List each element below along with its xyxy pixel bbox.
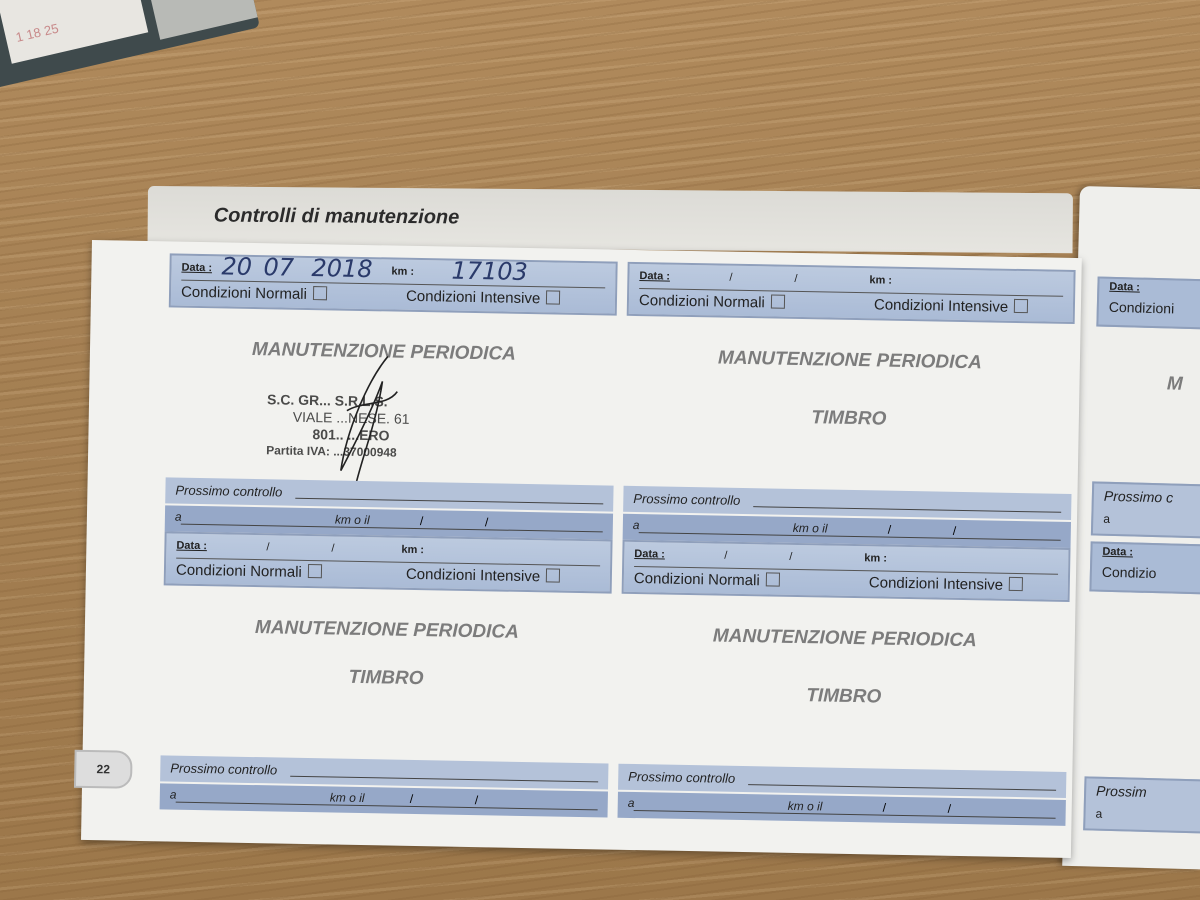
checkbox-icon xyxy=(1014,299,1028,313)
date-year-value: 2018 xyxy=(311,254,373,283)
next-check-band: Prossimo controllo a km o il / / xyxy=(160,755,609,819)
calendar-cover xyxy=(135,0,257,40)
checkbox-icon xyxy=(308,564,322,578)
condizioni-normali-checkbox[interactable]: Condizioni Normali xyxy=(176,562,322,582)
checkbox-icon xyxy=(766,572,780,586)
next-check-field[interactable] xyxy=(295,498,603,505)
maintenance-entry-2: Data : / / km : Condizioni Normali Condi… xyxy=(623,262,1076,550)
entry-header-band: Data : / / km : Condizioni Normali Condi… xyxy=(622,540,1071,602)
next-page-band-top: Data : Condizioni xyxy=(1096,276,1200,330)
condizioni-intensive-checkbox[interactable]: Condizioni Intensive xyxy=(406,288,561,308)
condizioni-intensive-checkbox[interactable]: Condizioni Intensive xyxy=(869,574,1024,594)
next-check-km-date-field[interactable] xyxy=(634,810,1056,819)
checkbox-icon xyxy=(546,290,560,304)
entry-header-band: Data : 20 07 2018 km : 17103 Condizioni … xyxy=(169,253,618,315)
maintenance-entry-4: Data : / / km : Condizioni Normali Condi… xyxy=(617,540,1070,828)
next-page-band-prossimo-2: Prossim a xyxy=(1083,776,1200,834)
stamp-area: MANUTENZIONE PERIODICA TIMBRO xyxy=(624,316,1075,494)
condizioni-intensive-checkbox[interactable]: Condizioni Intensive xyxy=(406,566,561,586)
maintenance-entry-3: Data : / / km : Condizioni Normali Condi… xyxy=(160,531,613,819)
condizioni-intensive-checkbox[interactable]: Condizioni Intensive xyxy=(874,296,1029,316)
checkbox-icon xyxy=(1009,577,1023,591)
next-check-km-date-field[interactable] xyxy=(639,532,1061,541)
next-page-band-prossimo: Prossimo c a xyxy=(1091,481,1200,539)
next-page: Data : Condizioni M Prossimo c a Data : … xyxy=(1062,186,1200,869)
page-title: Controlli di manutenzione xyxy=(214,205,460,230)
km-value: 17103 xyxy=(451,257,528,286)
condizioni-normali-checkbox[interactable]: Condizioni Normali xyxy=(639,292,785,312)
checkbox-icon xyxy=(771,294,785,308)
maintenance-page: 22 Data : 20 07 2018 km : 17103 Condizio… xyxy=(81,240,1082,858)
maintenance-entry-1: Data : 20 07 2018 km : 17103 Condizioni … xyxy=(165,253,618,541)
date-month-value: 07 xyxy=(263,253,294,282)
next-check-field[interactable] xyxy=(290,776,598,783)
checkbox-icon xyxy=(313,286,327,300)
next-check-field[interactable] xyxy=(753,506,1061,513)
next-check-field[interactable] xyxy=(748,784,1056,791)
stamp-area: MANUTENZIONE PERIODICA TIMBRO xyxy=(161,585,612,763)
next-check-km-date-field[interactable] xyxy=(176,802,598,811)
condizioni-normali-checkbox[interactable]: Condizioni Normali xyxy=(634,570,780,590)
next-check-band: Prossimo controllo a km o il / / xyxy=(617,764,1066,828)
next-check-km-date-field[interactable] xyxy=(181,524,603,533)
stamp-area: MANUTENZIONE PERIODICA TIMBRO xyxy=(618,594,1069,772)
date-day-value: 20 xyxy=(221,252,252,281)
background-calendar: 1 18 25 xyxy=(0,0,260,90)
checkbox-icon xyxy=(546,568,560,582)
condizioni-normali-checkbox[interactable]: Condizioni Normali xyxy=(181,284,327,304)
entry-header-band: Data : / / km : Condizioni Normali Condi… xyxy=(627,262,1076,324)
signature-icon xyxy=(325,350,408,491)
entry-header-band: Data : / / km : Condizioni Normali Condi… xyxy=(164,531,613,593)
page-number: 22 xyxy=(74,750,133,789)
stamp-area: MANUTENZIONE PERIODICA S.C. GR... S.R.L.… xyxy=(166,307,617,485)
next-page-band-top-2: Data : Condizio xyxy=(1089,541,1200,595)
